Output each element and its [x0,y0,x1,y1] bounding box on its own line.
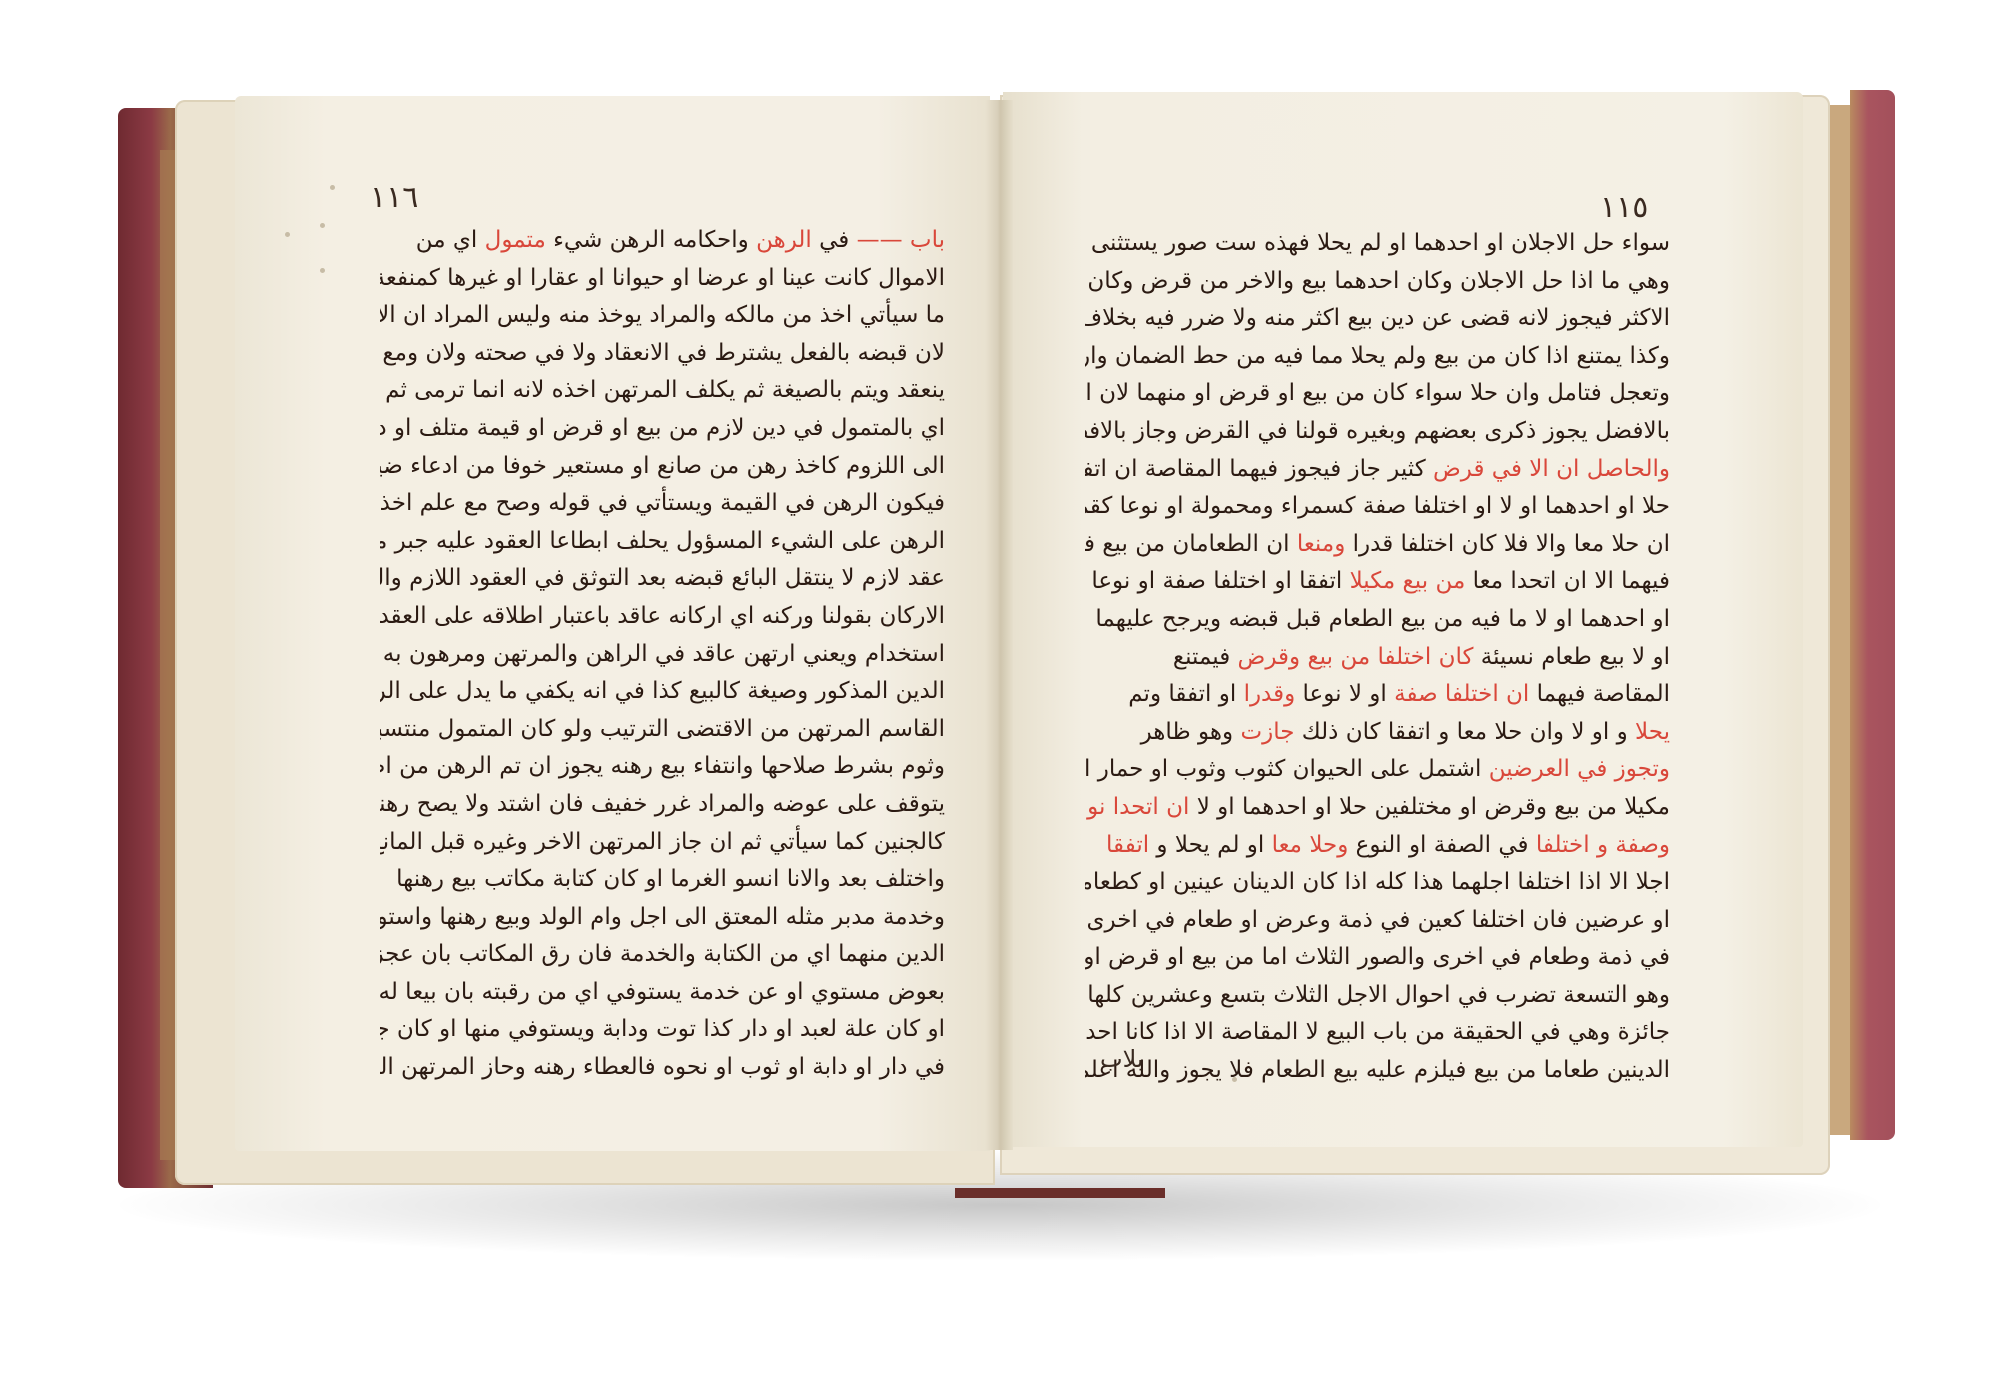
paper-speck [320,223,325,228]
manuscript-line: وهو التسعة تضرب في احوال الاجل الثلاث بت… [1085,977,1670,1015]
manuscript-line: ما سيأتي اخذ من مالكه والمراد يوخذ منه و… [380,297,945,335]
rubricated-text: الرهن [756,227,812,253]
left-page-text: باب —— في الرهن واحكامه الرهن شيء متمول … [380,222,945,1087]
manuscript-line: ان حلا معا والا فلا كان اختلفا قدرا ومنع… [1085,526,1670,564]
rubricated-text: وقدرا [1244,681,1296,707]
manuscript-line: لان قبضه بالفعل يشترط في الانعقاد ولا في… [380,335,945,373]
paper-speck [285,232,290,237]
manuscript-line: وصفة و اختلفا في الصفة او النوع وحلا معا… [1085,827,1670,865]
paper-speck [1232,1077,1237,1082]
manuscript-line: بالافضل يجوز ذكرى بعضهم وبغيره قولنا في … [1085,413,1670,451]
rubricated-text: ان اتحدا نوعا [1085,794,1189,820]
manuscript-line: سواء حل الاجلان او احدهما او لم يحلا فهذ… [1085,225,1670,263]
manuscript-line: وثوم بشرط صلاحها وانتفاء بيع رهنه يجوز ا… [380,748,945,786]
manuscript-line: الاركان بقولنا وركنه اي اركانه عاقد باعت… [380,598,945,636]
manuscript-line: الاموال كانت عينا او عرضا او حيوانا او ع… [380,260,945,298]
folio-number-right: ١١٥ [1600,190,1648,225]
manuscript-line: الدين منهما اي من الكتابة والخدمة فان رق… [380,936,945,974]
paper-speck [330,185,335,190]
rubricated-text: ومنعا [1297,531,1345,557]
catchword: بلاب [1100,1045,1144,1073]
manuscript-line: فيكون الرهن في القيمة ويستأتي في قوله وص… [380,485,945,523]
rubricated-text: جازت [1240,719,1294,745]
manuscript-line: باب —— في الرهن واحكامه الرهن شيء متمول … [380,222,945,260]
manuscript-line: والحاصل ان الا في قرض كثير جاز فيجوز فيه… [1085,451,1670,489]
manuscript-line: اجلا الا اذا اختلفا اجلهما هذا كله اذا ك… [1085,864,1670,902]
manuscript-line: جائزة وهي في الحقيقة من باب البيع لا الم… [1085,1014,1670,1052]
right-page-text: سواء حل الاجلان او احدهما او لم يحلا فهذ… [1085,225,1670,1090]
manuscript-line: وخدمة مدبر مثله المعتق الى اجل وام الولد… [380,899,945,937]
manuscript-line: المقاصة فيهما ان اختلفا صفة او لا نوعا و… [1085,676,1670,714]
manuscript-line: حلا او احدهما او لا او اختلفا صفة كسمراء… [1085,488,1670,526]
manuscript-line: الى اللزوم كاخذ رهن من صانع او مستعير خو… [380,448,945,486]
rubricated-text: وحلا معا [1272,832,1349,858]
manuscript-line: يتوقف على عوضه والمراد غرر خفيف فان اشتد… [380,786,945,824]
manuscript-line: او احدهما او لا ما فيه من بيع الطعام قبل… [1085,601,1670,639]
manuscript-line: القاسم المرتهن من الاقتضى الترتيب ولو كا… [380,711,945,749]
rubricated-text: اتفقا [1106,832,1149,858]
manuscript-line: واختلف بعد والانا انسو الغرما او كان كتا… [380,861,945,899]
rubricated-text: وصفة و اختلفا [1536,832,1670,858]
manuscript-line: الدين المذكور وصيغة كالبيع كذا في انه يك… [380,673,945,711]
manuscript-line: الرهن على الشيء المسؤول يحلف ابطاعا العق… [380,523,945,561]
manuscript-line: فيهما الا ان اتحدا معا من بيع مكيلا اتفق… [1085,563,1670,601]
folio-number-left: ١١٦ [370,180,418,215]
book-cover-right [1850,90,1895,1140]
manuscript-line: في ذمة وطعام في اخرى والصور الثلاث اما م… [1085,939,1670,977]
rubricated-text: متمول [485,227,546,253]
rubricated-text: والحاصل ان الا في قرض [1433,456,1670,482]
manuscript-line: كالجنين كما سيأتي ثم ان جاز المرتهن الاخ… [380,824,945,862]
rubricated-text: ان اختلفا صفة [1394,681,1529,707]
manuscript-line: مكيلا من بيع وقرض او مختلفين حلا او احده… [1085,789,1670,827]
paper-speck [320,268,325,273]
spine-edge [955,1188,1165,1198]
manuscript-line: عقد لازم لا ينتقل البائع قبضه بعد التوثق… [380,560,945,598]
rubricated-text: يحلا [1635,719,1670,745]
manuscript-line: وتجوز في العرضين اشتمل على الحيوان كثوب … [1085,751,1670,789]
manuscript-line: وهي ما اذا حل الاجلان وكان احدهما بيع وا… [1085,263,1670,301]
manuscript-line: ينعقد ويتم بالصيغة ثم يكلف المرتهن اخذه … [380,372,945,410]
rubricated-text: من بيع مكيلا [1350,568,1466,594]
manuscript-line: استخدام ويعني ارتهن عاقد في الراهن والمر… [380,636,945,674]
manuscript-line: او عرضين فان اختلفا كعين في ذمة وعرض او … [1085,902,1670,940]
manuscript-line: او كان علة لعبد او دار كذا توت ودابة ويس… [380,1011,945,1049]
manuscript-line: يحلا و او لا وان حلا معا و اتفقا كان ذلك… [1085,714,1670,752]
rubricated-text: كان اختلفا من بيع وقرض [1238,644,1474,670]
book-gutter [985,100,1013,1150]
rubricated-text: وتجوز في العرضين [1489,756,1670,782]
manuscript-line: اي بالمتمول في دين لازم من بيع او قرض او… [380,410,945,448]
rubricated-heading: باب —— [857,227,945,253]
manuscript-line: الاكثر فيجوز لانه قضى عن دين بيع اكثر من… [1085,300,1670,338]
manuscript-line: في دار او دابة او ثوب او نحوه فالعطاء ره… [380,1049,945,1087]
manuscript-line: او لا بيع طعام نسيئة كان اختلفا من بيع و… [1085,639,1670,677]
manuscript-line: الدينين طعاما من بيع فيلزم عليه بيع الطع… [1085,1052,1670,1090]
manuscript-line: بعوض مستوي او عن خدمة يستوفي اي من رقبته… [380,974,945,1012]
manuscript-line: وكذا يمتنع اذا كان من بيع ولم يحلا مما ف… [1085,338,1670,376]
manuscript-line: وتعجل فتامل وان حلا سواء كان من بيع او ق… [1085,375,1670,413]
